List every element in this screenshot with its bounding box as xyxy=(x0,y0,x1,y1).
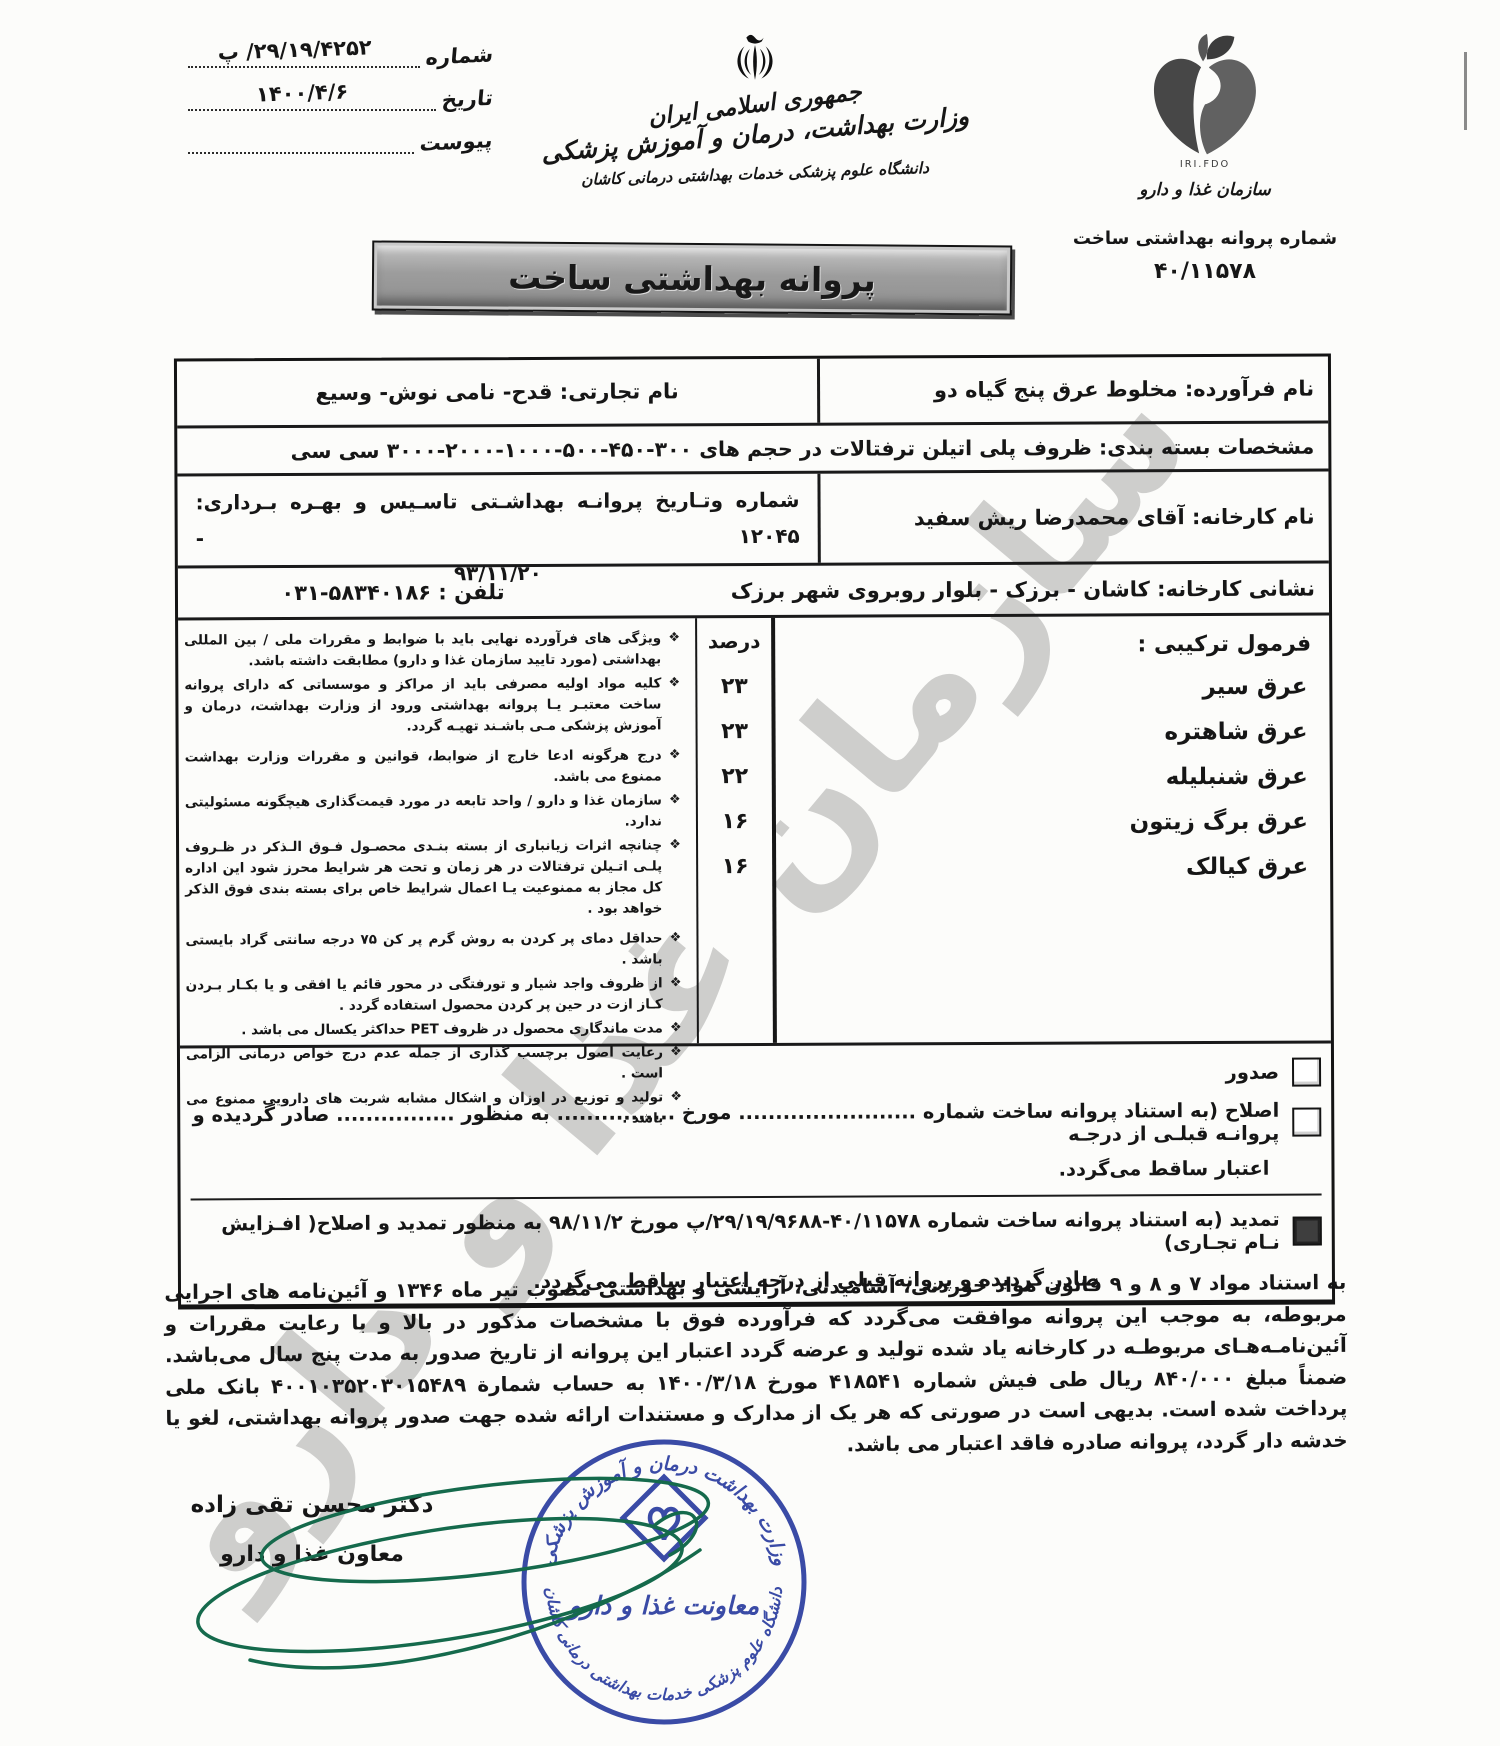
doc-date-label: تاریخ xyxy=(441,86,494,113)
condition-text: درج هرگونه ادعا خارج از ضوابط، قوانین و … xyxy=(185,745,662,789)
diamond-bullet-icon: ❖ xyxy=(662,745,688,787)
doc-date-row: تاریخ ۱۴۰۰/۴/۶ xyxy=(188,85,493,111)
condition-item: ❖ویژگی های فرآورده نهایی باید با ضوابط و… xyxy=(184,628,687,672)
condition-text: چنانچه اثرات زیانباری از بسته بنـدی محصـ… xyxy=(185,835,662,921)
row-packaging: مشخصات بسته بندی: ظروف پلی اتیلن ترفتالا… xyxy=(177,420,1328,473)
diamond-bullet-icon: ❖ xyxy=(661,628,687,670)
establishment-license-line1: شماره وتـاریخ پروانـه بهداشـتی تاسـیس و … xyxy=(195,482,799,557)
doc-date-line: ۱۴۰۰/۴/۶ xyxy=(188,85,436,111)
diamond-bullet-icon: ❖ xyxy=(662,835,688,919)
issue-checkbox[interactable] xyxy=(1292,1058,1321,1087)
trade-name-cell: نام تجارتی: قدح- نامی نوش- وسیع xyxy=(177,359,820,426)
formula-title: فرمول ترکیبی : xyxy=(775,624,1311,666)
formula-item: عرق برگ زیتون xyxy=(776,799,1312,846)
percent-value: ۲۳ xyxy=(697,709,771,754)
scan-edge-artifact xyxy=(1464,52,1467,130)
amend-checkbox[interactable] xyxy=(1292,1107,1321,1136)
percent-header: درصد xyxy=(697,618,771,664)
scanned-license-document: سازمان غذا و دارو شماره ۲۹/۱۹/۴۲۵۲/ پ تا… xyxy=(0,0,1500,1746)
registry-fields: شماره ۲۹/۱۹/۴۲۵۲/ پ تاریخ ۱۴۰۰/۴/۶ پیوست xyxy=(188,42,493,171)
renew-text: تمدید (به استناد پروانه ساخت شماره ۴۰/۱۱… xyxy=(191,1208,1280,1259)
diamond-bullet-icon: ❖ xyxy=(661,673,687,736)
condition-item: ❖رعایت اصول برچسب گذاری از جمله عدم درج … xyxy=(186,1042,689,1086)
condition-text: رعایت اصول برچسب گذاری از جمله عدم درج خ… xyxy=(186,1042,663,1086)
condition-item: ❖حداقل دمای پر کردن به روش گرم پر کن ۷۵ … xyxy=(185,928,688,972)
condition-text: از ظروف واجد شیار و تورفتگی در محور قائم… xyxy=(186,973,663,1017)
doc-number-line: ۲۹/۱۹/۴۲۵۲/ پ xyxy=(188,42,420,68)
conditions-list: ❖ویژگی های فرآورده نهایی باید با ضوابط و… xyxy=(178,618,697,1045)
condition-item: ❖از ظروف واجد شیار و تورفتگی در محور قائ… xyxy=(186,973,689,1017)
doc-attachment-row: پیوست xyxy=(188,128,493,154)
percent-column: درصد ۲۳ ۲۳ ۲۲ ۱۶ ۱۶ xyxy=(695,618,773,1043)
fdo-header: IRI.FDO سازمان غذا و دارو شماره پروانه ب… xyxy=(1050,30,1360,284)
factory-phone: تلفن : ۵۸۳۴۰۱۸۶-۰۳۱ xyxy=(178,579,608,605)
doc-number-value: ۲۹/۱۹/۴۲۵۲/ پ xyxy=(188,34,402,65)
amend-text: اصلاح (به استناد پروانه ساخت شماره .....… xyxy=(190,1099,1279,1150)
formula-item: عرق شاهتره xyxy=(775,709,1311,756)
renew-line: تمدید (به استناد پروانه ساخت شماره ۴۰/۱۱… xyxy=(191,1208,1322,1259)
condition-text: مدت ماندگاری محصول در ظروف PET حداکثر یک… xyxy=(186,1018,663,1041)
formula-item: عرق سیر xyxy=(775,664,1311,711)
establishment-license-cell: شماره وتـاریخ پروانـه بهداشـتی تاسـیس و … xyxy=(177,474,820,566)
row-product: نام فرآورده: مخلوط عرق پنج گیاه دو نام ت… xyxy=(177,356,1328,425)
condition-item: ❖درج هرگونه ادعا خارج از ضوابط، قوانین و… xyxy=(185,745,688,789)
condition-text: حداقل دمای پر کردن به روش گرم پر کن ۷۵ د… xyxy=(185,928,662,972)
condition-item: ❖چنانچه اثرات زیانباری از بسته بنـدی محص… xyxy=(185,835,688,921)
formula-item: عرق کیالک xyxy=(776,844,1312,891)
iran-emblem-icon xyxy=(724,28,786,92)
condition-text: ویژگی های فرآورده نهایی باید با ضوابط و … xyxy=(184,628,661,672)
fdo-caption: IRI.FDO xyxy=(1180,159,1230,170)
condition-text: کلیه مواد اولیه مصرفی باید از مراکز و مو… xyxy=(184,673,661,738)
handwritten-signature xyxy=(155,1455,735,1695)
government-header: جمهوری اسلامی ایران وزارت بهداشت، درمان … xyxy=(530,28,980,183)
formula-item: عرق شنبلیله xyxy=(776,754,1312,801)
condition-item: ❖سازمان غذا و دارو / واحد تابعه در مورد … xyxy=(185,790,688,834)
percent-value: ۱۶ xyxy=(698,799,772,844)
fdo-organization-name: سازمان غذا و دارو xyxy=(1050,180,1360,200)
doc-date-value: ۱۴۰۰/۴/۶ xyxy=(188,77,417,109)
doc-attachment-label: پیوست xyxy=(419,128,494,156)
diamond-bullet-icon: ❖ xyxy=(663,1042,689,1084)
percent-value: ۱۶ xyxy=(698,844,772,889)
factory-name-cell: نام کارخانه: آقای محمدرضا ریش سفید xyxy=(820,471,1328,562)
packaging-text: مشخصات بسته بندی: ظروف پلی اتیلن ترفتالا… xyxy=(291,434,1315,462)
amend-continuation: اعتبار ساقط می‌گردد. xyxy=(190,1157,1321,1185)
document-title: پروانه بهداشتی ساخت xyxy=(508,257,876,299)
condition-item: ❖مدت ماندگاری محصول در ظروف PET حداکثر ی… xyxy=(186,1018,689,1041)
diamond-bullet-icon: ❖ xyxy=(662,790,688,832)
doc-attachment-line xyxy=(188,128,414,154)
issue-label: صدور xyxy=(1226,1061,1280,1084)
formula-panel: فرمول ترکیبی : عرق سیر عرق شاهتره عرق شن… xyxy=(771,615,1331,1042)
license-table: نام فرآورده: مخلوط عرق پنج گیاه دو نام ت… xyxy=(174,353,1335,1309)
doc-number-label: شماره xyxy=(425,42,495,69)
percent-value: ۲۳ xyxy=(697,664,771,709)
fdo-apple-logo-icon: IRI.FDO xyxy=(1146,30,1264,172)
row-formula-conditions: فرمول ترکیبی : عرق سیر عرق شاهتره عرق شن… xyxy=(178,612,1331,1045)
diamond-bullet-icon: ❖ xyxy=(663,973,689,1015)
condition-item: ❖کلیه مواد اولیه مصرفی باید از مراکز و م… xyxy=(184,673,687,738)
condition-text: سازمان غذا و دارو / واحد تابعه در مورد ق… xyxy=(185,790,662,834)
doc-number-row: شماره ۲۹/۱۹/۴۲۵۲/ پ xyxy=(188,42,493,68)
amend-line: اصلاح (به استناد پروانه ساخت شماره .....… xyxy=(190,1099,1321,1150)
factory-address: نشانی کارخانه: کاشان - برزک - بلوار روبر… xyxy=(608,576,1329,603)
diamond-bullet-icon: ❖ xyxy=(662,928,688,970)
renew-checkbox[interactable] xyxy=(1293,1216,1322,1245)
license-number-label: شماره پروانه بهداشتی ساخت xyxy=(1050,228,1360,249)
row-factory: نام کارخانه: آقای محمدرضا ریش سفید شماره… xyxy=(177,468,1328,565)
license-number-value: ۴۰/۱۱۵۷۸ xyxy=(1050,259,1360,284)
product-name-cell: نام فرآورده: مخلوط عرق پنج گیاه دو xyxy=(820,356,1328,422)
diamond-bullet-icon: ❖ xyxy=(663,1018,689,1039)
percent-value: ۲۲ xyxy=(698,754,772,799)
title-banner: پروانه بهداشتی ساخت xyxy=(372,240,1013,315)
